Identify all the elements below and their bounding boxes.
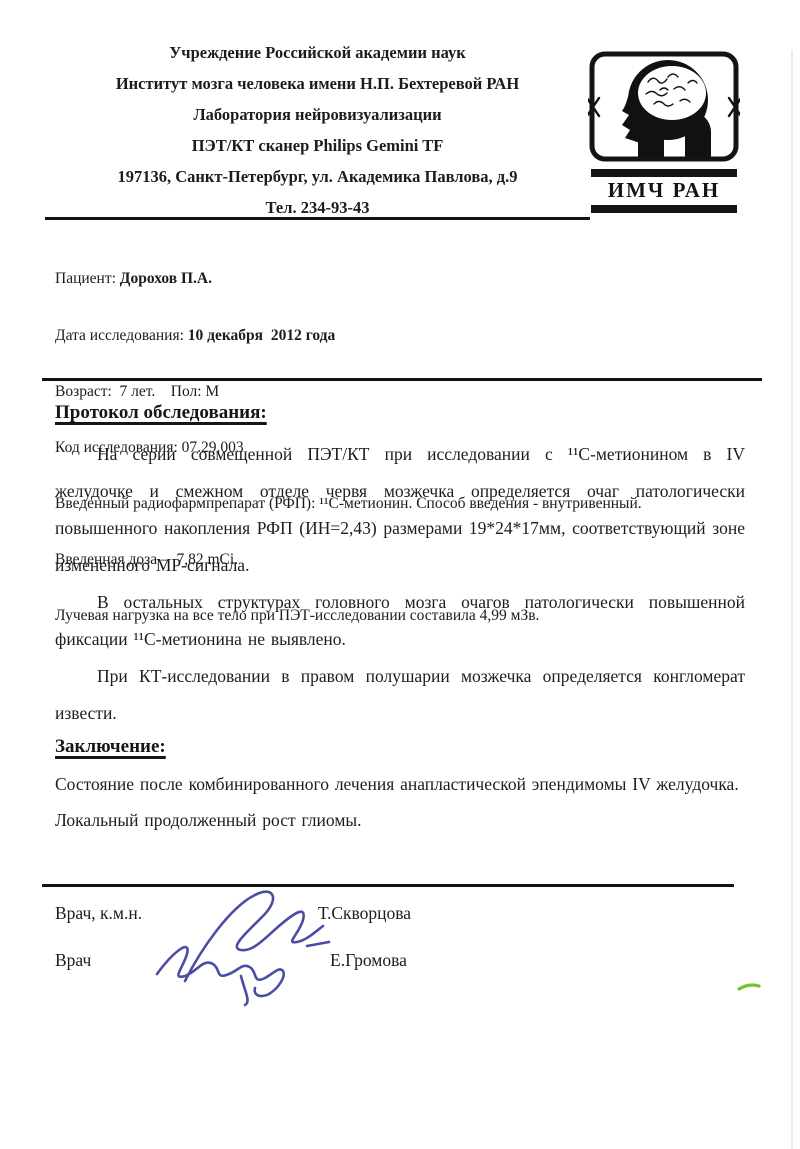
protocol-body: На серии совмещенной ПЭТ/КТ при исследов… — [55, 436, 745, 732]
signer-role-2: Врач — [55, 950, 91, 970]
signer-role-1: Врач, к.м.н. — [55, 903, 142, 923]
brain-head-icon — [588, 50, 740, 163]
protocol-paragraph-2: В остальных структурах головного мозга о… — [55, 584, 745, 658]
logo-caption: ИМЧ РАН — [588, 177, 740, 205]
signature-ink — [145, 876, 355, 1011]
institute-logo: ИМЧ РАН — [588, 50, 740, 213]
org-header-line-5: 197136, Санкт-Петербург, ул. Академика П… — [45, 168, 590, 186]
patient-name-line: Пациент: Дорохов П.А. — [55, 270, 765, 289]
age-sex-line: Возраст: 7 лет. Пол: М — [55, 383, 765, 402]
patient-name: Дорохов П.А. — [120, 270, 212, 287]
study-date-label: Дата исследования: — [55, 327, 188, 344]
report-page: Учреждение Российской академии наук Инст… — [0, 0, 800, 1149]
conclusion-title: Заключение: — [55, 736, 166, 758]
green-pen-mark — [737, 982, 761, 992]
org-header-line-2: Институт мозга человека имени Н.П. Бехте… — [45, 75, 590, 93]
conclusion-body: Состояние после комбинированного лечения… — [55, 766, 745, 838]
study-date-line: Дата исследования: 10 декабря 2012 года — [55, 327, 765, 346]
patient-label: Пациент: — [55, 270, 120, 287]
info-divider — [42, 378, 762, 381]
logo-bar-top — [591, 169, 737, 177]
header-divider — [45, 217, 590, 220]
conclusion-paragraph-1: Состояние после комбинированного лечения… — [55, 766, 745, 802]
conclusion-paragraph-2: Локальный продолженный рост глиомы. — [55, 802, 745, 838]
logo-bar-bottom — [591, 205, 737, 213]
org-header: Учреждение Российской академии наук Инст… — [45, 44, 590, 230]
scan-artifact-line — [791, 50, 793, 1149]
org-header-line-6: Тел. 234-93-43 — [45, 199, 590, 217]
study-date: 10 декабря 2012 года — [188, 327, 335, 344]
org-header-line-3: Лаборатория нейровизуализации — [45, 106, 590, 124]
protocol-paragraph-1: На серии совмещенной ПЭТ/КТ при исследов… — [55, 436, 745, 584]
protocol-paragraph-3: При КТ-исследовании в правом полушарии м… — [55, 658, 745, 732]
protocol-title: Протокол обследования: — [55, 402, 267, 424]
org-header-line-1: Учреждение Российской академии наук — [45, 44, 590, 62]
org-header-line-4: ПЭТ/КТ сканер Philips Gemini TF — [45, 137, 590, 155]
